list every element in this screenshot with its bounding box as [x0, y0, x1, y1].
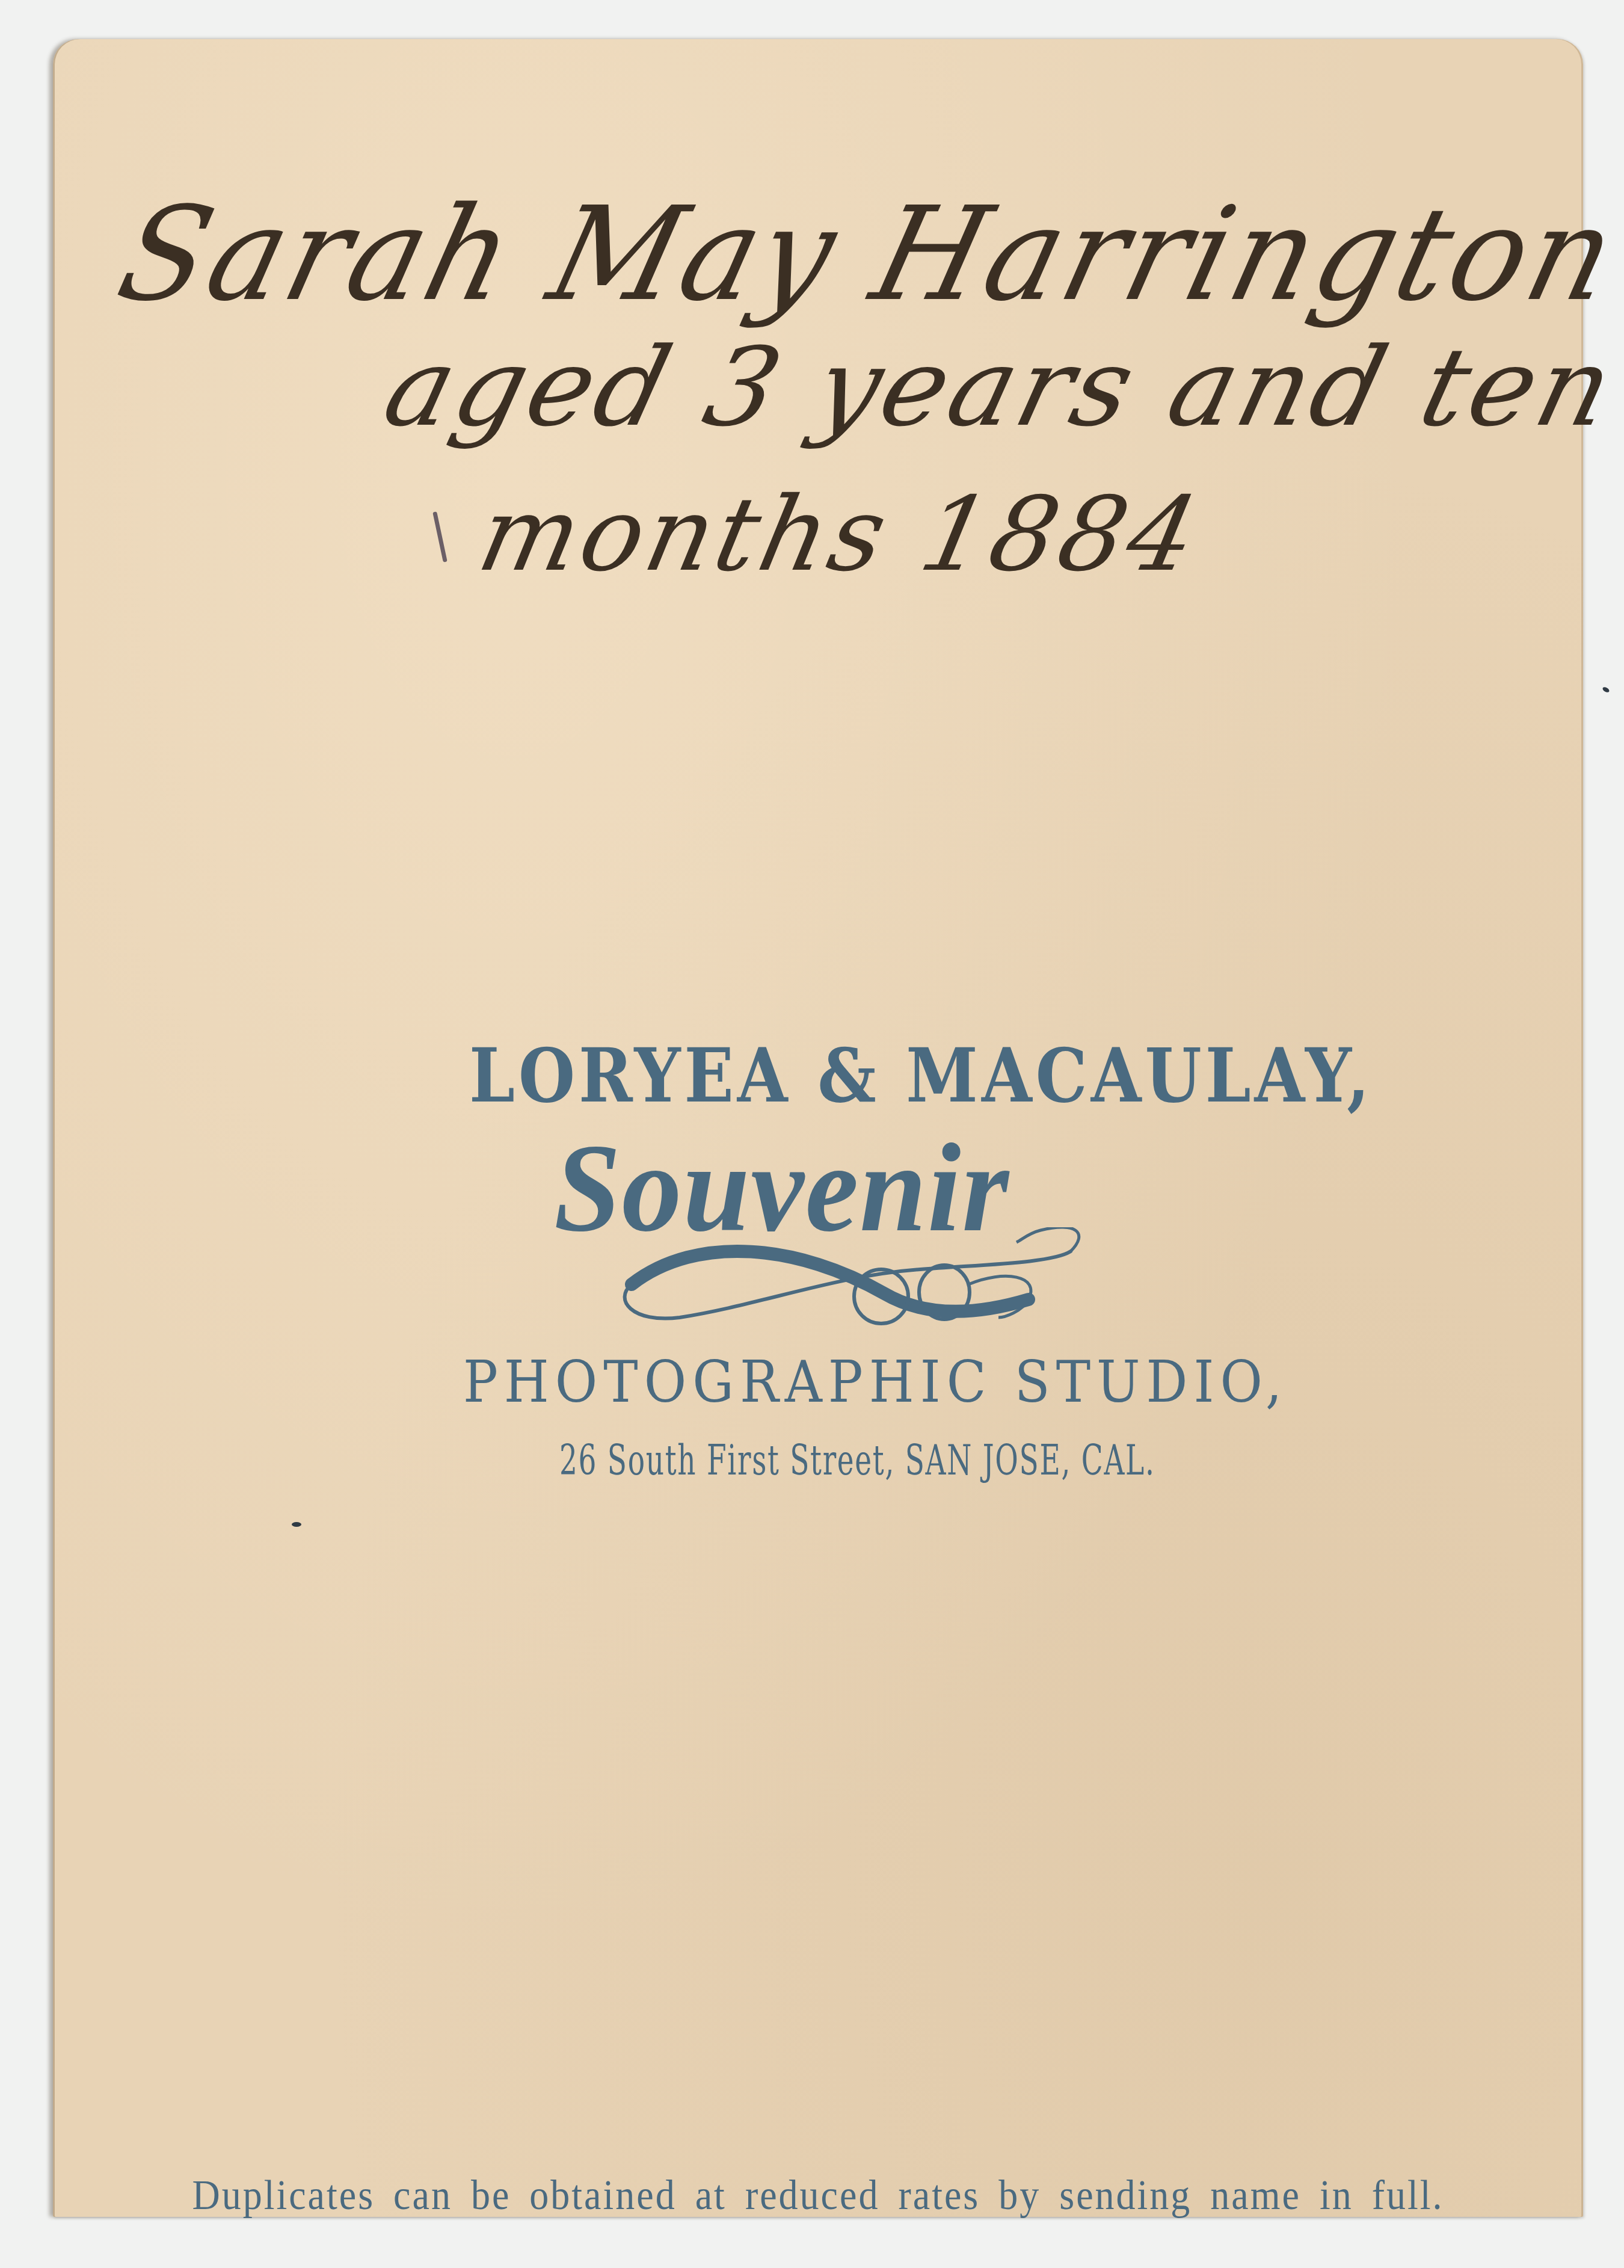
- handwritten-date: months 1884: [469, 475, 1211, 594]
- studio-firm-name: LORYEA & MACAULAY,: [469, 1032, 1161, 1120]
- studio-address: 26 South First Street, SAN JOSE, CAL.: [559, 1436, 1065, 1485]
- ink-speck: [292, 1522, 301, 1527]
- ink-speck: [1602, 686, 1610, 693]
- handwritten-age: aged 3 years and ten: [373, 325, 1624, 451]
- calligraphic-flourish-icon: [607, 1227, 1089, 1330]
- duplicates-notice: Duplicates can be obtained at reduced ra…: [180, 2171, 1456, 2219]
- handwritten-name: Sarah May Harrington: [105, 179, 1624, 330]
- studio-descriptor: PHOTOGRAPHIC STUDIO,: [463, 1349, 1161, 1416]
